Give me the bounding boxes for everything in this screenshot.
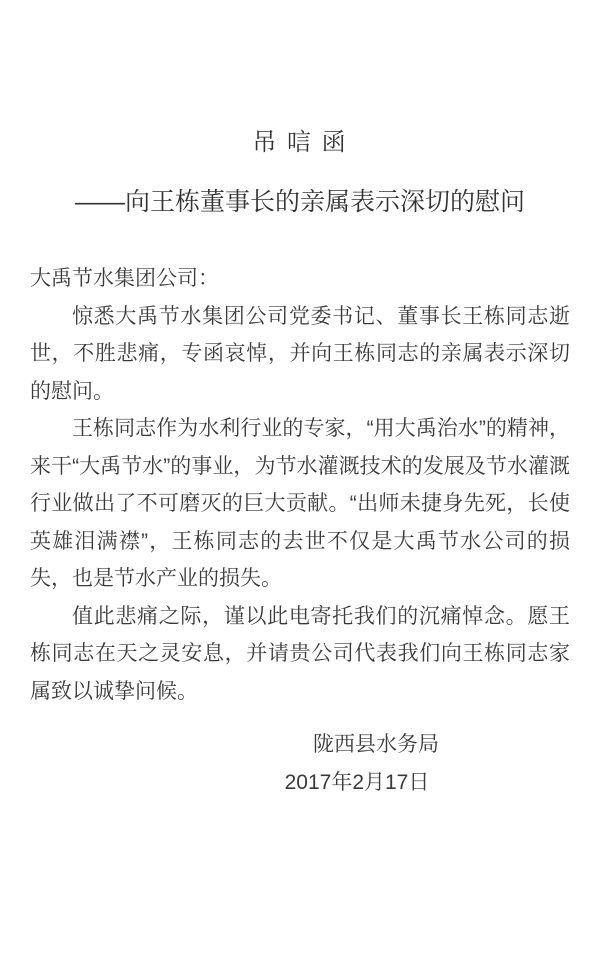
- signature: 陇西县水务局: [106, 726, 600, 764]
- paragraph-3: 值此悲痛之际，谨以此电寄托我们的沉痛悼念。愿王栋同志在天之灵安息，并请贵公司代表…: [30, 598, 570, 711]
- letter-body: 大禹节水集团公司： 惊悉大禹节水集团公司党委书记、董事长王栋同志逝世，不胜悲痛，…: [30, 260, 570, 710]
- salutation: 大禹节水集团公司：: [30, 260, 570, 298]
- document-subtitle: ——向王栋董事长的亲属表示深切的慰问: [30, 182, 570, 218]
- condolence-letter-page: 吊 唁 函 ——向王栋董事长的亲属表示深切的慰问 大禹节水集团公司： 惊悉大禹节…: [0, 0, 600, 953]
- paragraph-1: 惊悉大禹节水集团公司党委书记、董事长王栋同志逝世，不胜悲痛，专函哀悼，并向王栋同…: [30, 298, 570, 411]
- date: 2017年2月17日: [87, 764, 600, 802]
- document-title: 吊 唁 函: [30, 122, 570, 157]
- document-body: 吊 唁 函 ——向王栋董事长的亲属表示深切的慰问 大禹节水集团公司： 惊悉大禹节…: [0, 0, 600, 802]
- closing-block: 陇西县水务局 2017年2月17日: [30, 726, 570, 802]
- paragraph-2: 王栋同志作为水利行业的专家，“用大禹治水”的精神，来干“大禹节水”的事业，为节水…: [30, 410, 570, 598]
